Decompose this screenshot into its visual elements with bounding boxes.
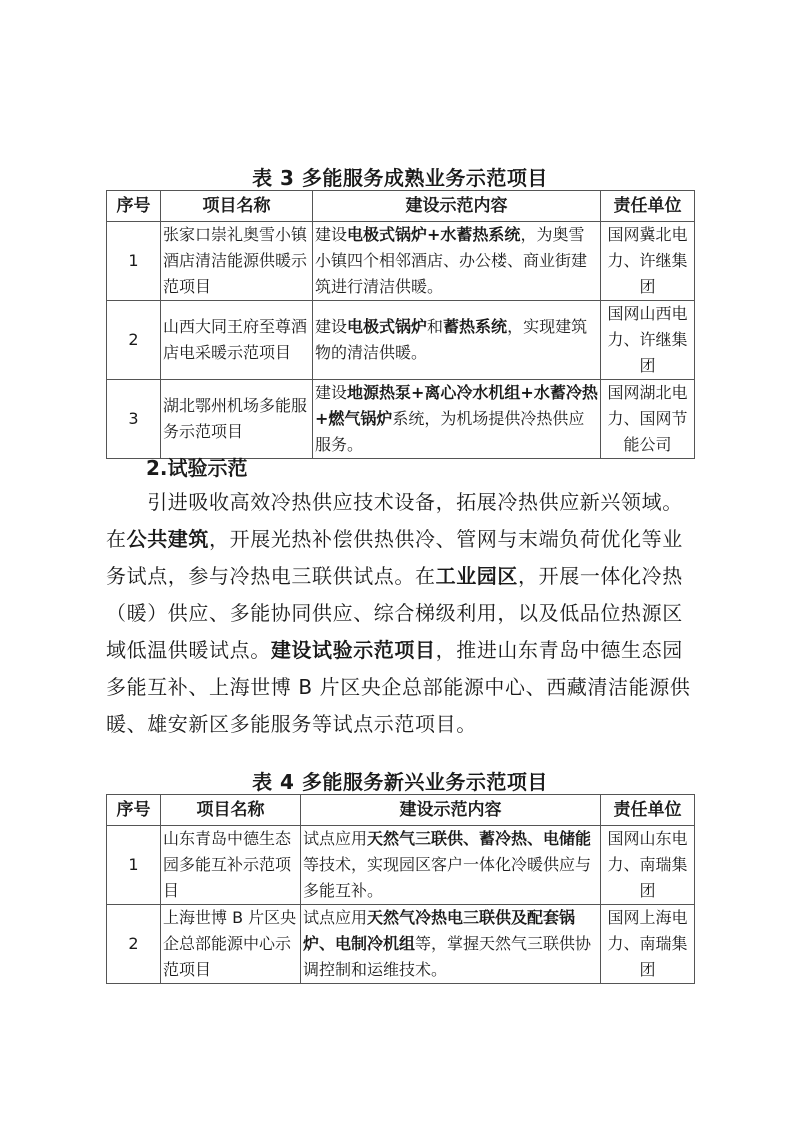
section-paragraph: 引进吸收高效冷热供应技术设备，拓展冷热供应新兴领域。在公共建筑，开展光热补偿供热… — [106, 484, 696, 743]
header-unit: 责任单位 — [601, 191, 695, 222]
table-row: 1山东青岛中德生态园多能互补示范项目试点应用天然气三联供、蓄冷热、电储能等技术，… — [107, 826, 695, 905]
body-text: 建设 — [315, 383, 347, 402]
row-number: 2 — [107, 905, 161, 984]
project-content: 建设电极式锅炉+水蓄热系统，为奥雪小镇四个相邻酒店、办公楼、商业街建筑进行清洁供… — [313, 222, 601, 301]
responsible-unit: 国网冀北电力、许继集团 — [601, 222, 695, 301]
project-name: 山东青岛中德生态园多能互补示范项目 — [161, 826, 301, 905]
row-number: 3 — [107, 380, 161, 459]
document-page: 表 3 多能服务成熟业务示范项目 序号 项目名称 建设示范内容 责任单位 1张家… — [0, 0, 800, 1132]
body-text: 等技术，实现园区客户一体化冷暖供应与多能互补。 — [303, 855, 591, 900]
responsible-unit: 国网湖北电力、国网节能公司 — [601, 380, 695, 459]
table3-title: 表 3 多能服务成熟业务示范项目 — [0, 162, 800, 191]
project-content: 建设地源热泵+离心冷水机组+水蓄冷热+燃气锅炉系统，为机场提供冷热供应服务。 — [313, 380, 601, 459]
emphasis-text: 电极式锅炉 — [347, 317, 427, 336]
project-name: 上海世博 B 片区央企总部能源中心示范项目 — [161, 905, 301, 984]
emphasis-text: 天然气三联供、蓄冷热、电储能 — [367, 829, 591, 848]
row-number: 1 — [107, 826, 161, 905]
table4-header-row: 序号 项目名称 建设示范内容 责任单位 — [107, 795, 695, 826]
project-name: 山西大同王府至尊酒店电采暖示范项目 — [161, 301, 313, 380]
responsible-unit: 国网山东电力、南瑞集团 — [601, 826, 695, 905]
section-heading: 2.试验示范 — [146, 452, 248, 481]
project-content: 试点应用天然气冷热电三联供及配套锅炉、电制冷机组等，掌握天然气三联供协调控制和运… — [301, 905, 601, 984]
header-name: 项目名称 — [161, 795, 301, 826]
project-content: 建设电极式锅炉和蓄热系统，实现建筑物的清洁供暖。 — [313, 301, 601, 380]
project-content: 试点应用天然气三联供、蓄冷热、电储能等技术，实现园区客户一体化冷暖供应与多能互补… — [301, 826, 601, 905]
table4-title: 表 4 多能服务新兴业务示范项目 — [0, 766, 800, 795]
project-name: 湖北鄂州机场多能服务示范项目 — [161, 380, 313, 459]
header-content: 建设示范内容 — [313, 191, 601, 222]
responsible-unit: 国网上海电力、南瑞集团 — [601, 905, 695, 984]
row-number: 2 — [107, 301, 161, 380]
header-name: 项目名称 — [161, 191, 313, 222]
row-number: 1 — [107, 222, 161, 301]
table3: 序号 项目名称 建设示范内容 责任单位 1张家口崇礼奥雪小镇酒店清洁能源供暖示范… — [106, 190, 695, 459]
body-text: 试点应用 — [303, 908, 367, 927]
table-row: 1张家口崇礼奥雪小镇酒店清洁能源供暖示范项目建设电极式锅炉+水蓄热系统，为奥雪小… — [107, 222, 695, 301]
body-text: 试点应用 — [303, 829, 367, 848]
project-name: 张家口崇礼奥雪小镇酒店清洁能源供暖示范项目 — [161, 222, 313, 301]
table3-header-row: 序号 项目名称 建设示范内容 责任单位 — [107, 191, 695, 222]
header-no: 序号 — [107, 795, 161, 826]
body-text: 建设 — [315, 225, 347, 244]
responsible-unit: 国网山西电力、许继集团 — [601, 301, 695, 380]
emphasis-text: 公共建筑 — [127, 527, 209, 551]
emphasis-text: 工业园区 — [436, 564, 518, 588]
emphasis-text: 电极式锅炉+水蓄热系统 — [347, 225, 520, 244]
table-row: 2上海世博 B 片区央企总部能源中心示范项目试点应用天然气冷热电三联供及配套锅炉… — [107, 905, 695, 984]
header-no: 序号 — [107, 191, 161, 222]
emphasis-text: 蓄热系统 — [443, 317, 507, 336]
table-row: 3湖北鄂州机场多能服务示范项目建设地源热泵+离心冷水机组+水蓄冷热+燃气锅炉系统… — [107, 380, 695, 459]
header-unit: 责任单位 — [601, 795, 695, 826]
table4: 序号 项目名称 建设示范内容 责任单位 1山东青岛中德生态园多能互补示范项目试点… — [106, 794, 695, 984]
body-text: 建设 — [315, 317, 347, 336]
header-content: 建设示范内容 — [301, 795, 601, 826]
table-row: 2山西大同王府至尊酒店电采暖示范项目建设电极式锅炉和蓄热系统，实现建筑物的清洁供… — [107, 301, 695, 380]
body-text: 和 — [427, 317, 443, 336]
emphasis-text: 建设试验示范项目 — [271, 638, 436, 662]
